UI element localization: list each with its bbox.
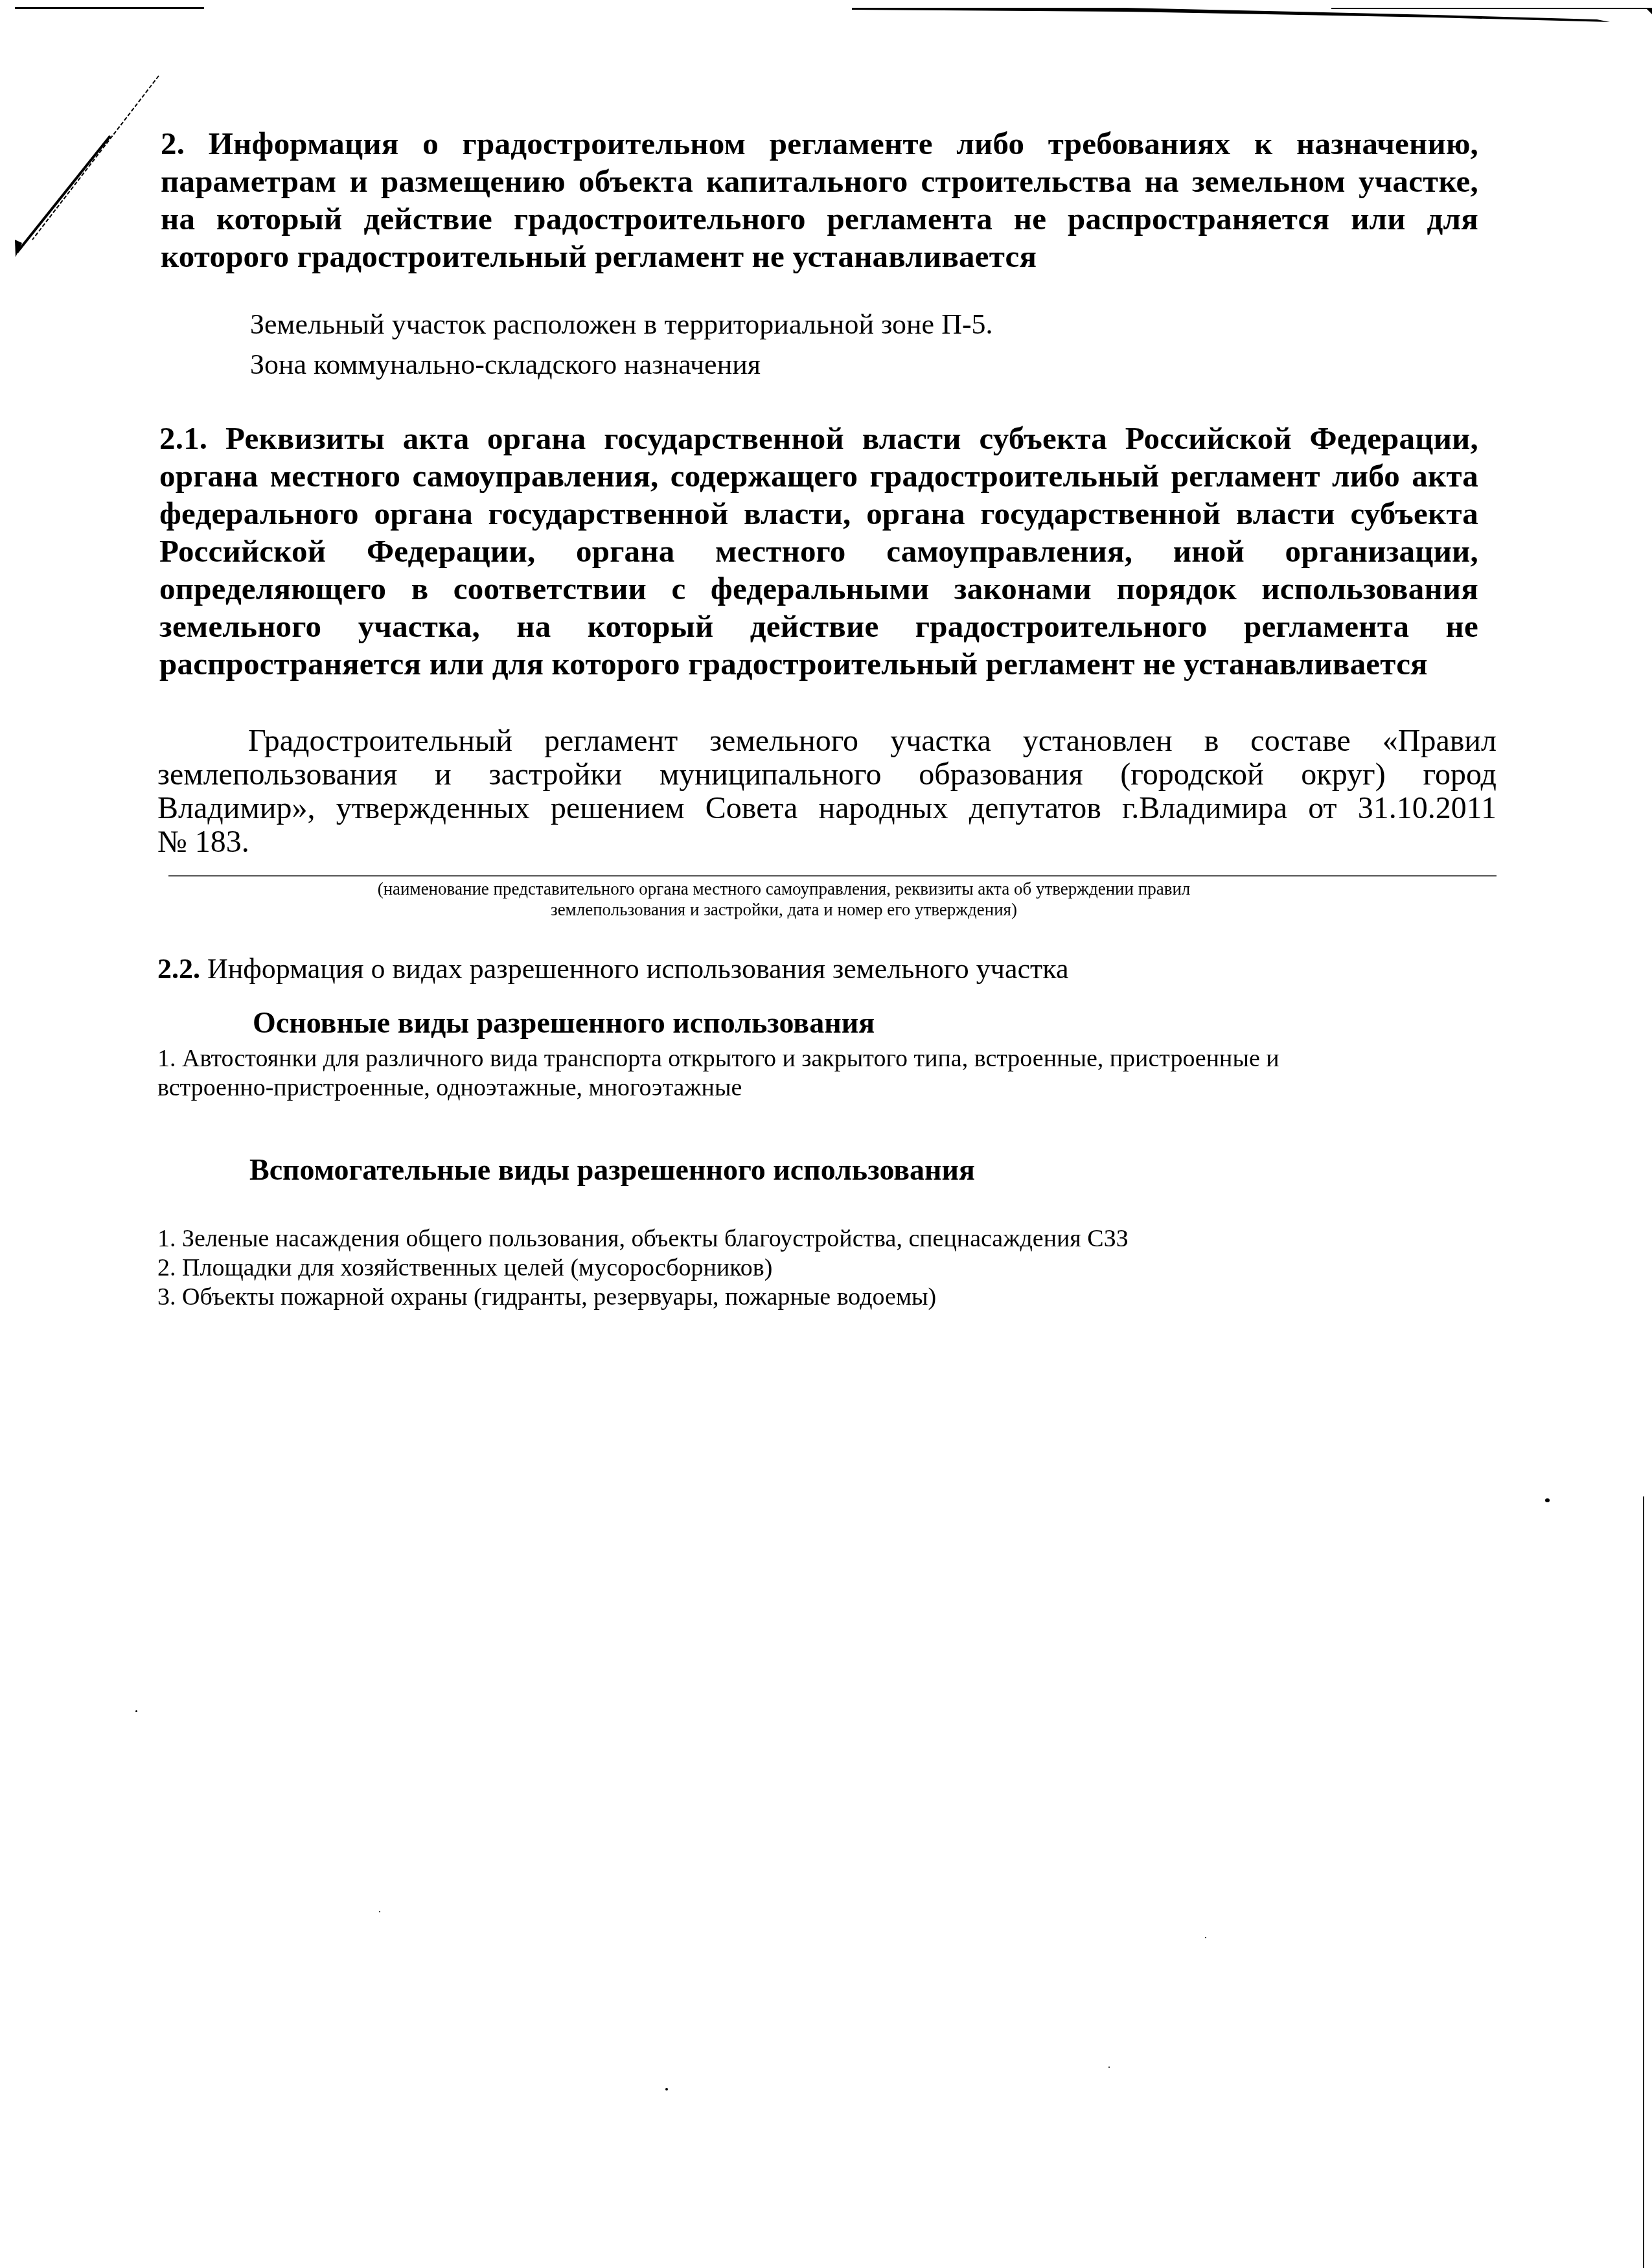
zone-info: Земельный участок расположен в территори…	[250, 304, 993, 385]
heading-line: определяющего в соответствии с федеральн…	[159, 570, 1478, 608]
heading-line: распространяется или для которого градос…	[159, 645, 1478, 683]
regulation-paragraph: Градостроительный регламент земельного у…	[157, 724, 1497, 859]
top-right-skewed-rule	[852, 5, 1652, 22]
heading-line: земельного участка, на который действие …	[159, 608, 1478, 645]
margin-slash-mark	[13, 74, 162, 259]
scan-speck	[135, 1710, 137, 1712]
section-title: Информация о видах разрешенного использо…	[200, 953, 1068, 985]
auxiliary-uses-heading: Вспомогательные виды разрешенного исполь…	[249, 1153, 975, 1187]
field-underline	[168, 875, 1497, 876]
zone-line: Земельный участок расположен в территори…	[250, 304, 993, 345]
auxiliary-use-item: 3. Объекты пожарной охраны (гидранты, ре…	[157, 1283, 1129, 1312]
scan-speck	[1545, 1498, 1550, 1502]
paragraph-line: № 183.	[157, 825, 1497, 859]
scan-speck	[1205, 1937, 1206, 1938]
paragraph-line: Градостроительный регламент земельного у…	[157, 724, 1497, 758]
main-use-item-line: 1. Автостоянки для различного вида транс…	[157, 1044, 1279, 1073]
auxiliary-use-item: 2. Площадки для хозяйственных целей (мус…	[157, 1254, 1129, 1283]
heading-line: на который действие градостроительного р…	[161, 200, 1478, 238]
heading-line: 2.1. Реквизиты акта органа государственн…	[159, 420, 1478, 457]
main-uses-list: 1. Автостоянки для различного вида транс…	[157, 1044, 1279, 1103]
zone-line: Зона коммунально-складского назначения	[250, 345, 993, 385]
field-caption: (наименование представительного органа м…	[214, 878, 1354, 920]
main-uses-heading: Основные виды разрешенного использования	[253, 1006, 875, 1040]
scan-edge-line	[1643, 1496, 1644, 2268]
heading-line: Российской Федерации, органа местного са…	[159, 533, 1478, 570]
main-use-item-line: встроенно-пристроенные, одноэтажные, мно…	[157, 1073, 1279, 1103]
paragraph-line: Владимир», утвержденных решением Совета …	[157, 792, 1497, 825]
auxiliary-use-item: 1. Зеленые насаждения общего пользования…	[157, 1224, 1129, 1254]
heading-line: которого градостроительный регламент не …	[161, 238, 1478, 275]
section-2-heading: 2. Информация о градостроительном реглам…	[161, 125, 1478, 275]
section-2-1-heading: 2.1. Реквизиты акта органа государственн…	[159, 420, 1478, 683]
heading-line: параметрам и размещению объекта капиталь…	[161, 163, 1478, 200]
heading-line: органа местного самоуправления, содержащ…	[159, 457, 1478, 495]
scan-speck	[665, 2088, 668, 2090]
paragraph-line: землепользования и застройки муниципальн…	[157, 758, 1497, 792]
auxiliary-uses-list: 1. Зеленые насаждения общего пользования…	[157, 1224, 1129, 1312]
heading-line: федерального органа государственной влас…	[159, 495, 1478, 533]
caption-line: землепользования и застройки, дата и ном…	[214, 899, 1354, 920]
caption-line: (наименование представительного органа м…	[214, 878, 1354, 899]
top-left-rule	[15, 7, 204, 9]
scan-speck	[379, 1911, 380, 1912]
section-2-2-title: 2.2. Информация о видах разрешенного исп…	[157, 952, 1068, 986]
scan-speck	[1108, 2067, 1110, 2068]
heading-line: 2. Информация о градостроительном реглам…	[161, 125, 1478, 163]
section-number: 2.2.	[157, 953, 200, 985]
